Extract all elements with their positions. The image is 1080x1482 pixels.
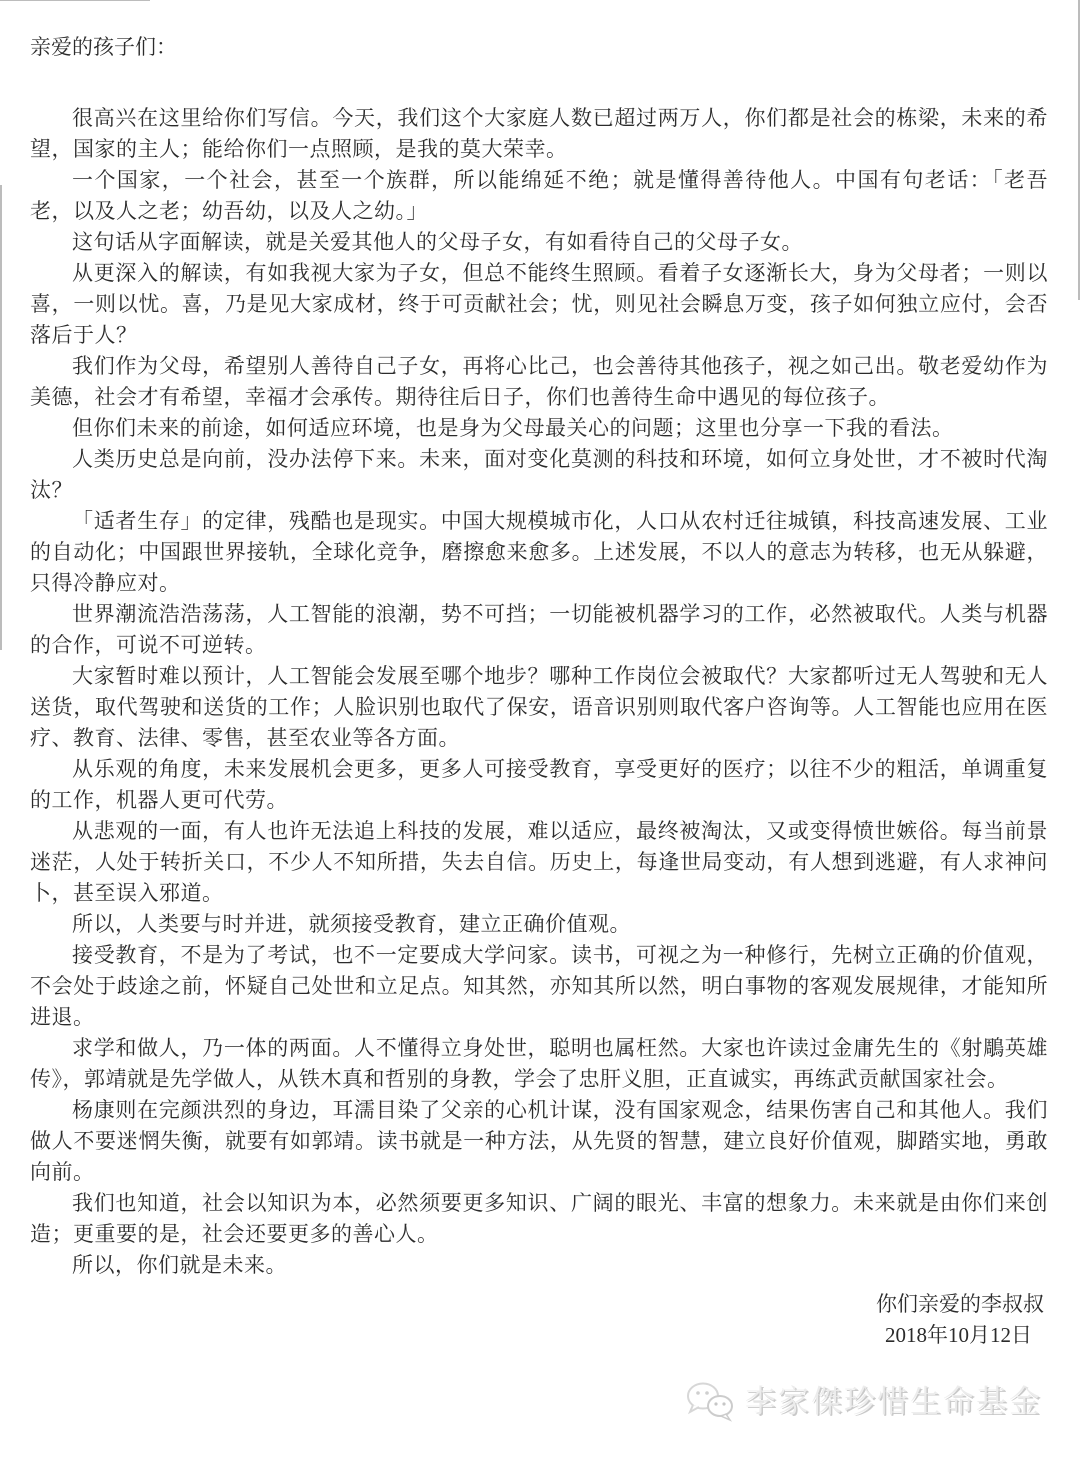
letter-paragraph: 我们作为父母，希望别人善待自己子女，再将心比己，也会善待其他孩子，视之如己出。敬… <box>30 351 1048 413</box>
letter-paragraph: 所以，你们就是未来。 <box>30 1250 1048 1281</box>
letter-paragraph: 但你们未来的前途，如何适应环境，也是身为父母最关心的问题；这里也分享一下我的看法… <box>30 413 1048 444</box>
signature-block: 你们亲爱的李叔叔 2018年10月12日 <box>30 1289 1048 1351</box>
letter-greeting: 亲爱的孩子们： <box>30 32 1048 63</box>
letter-body: 很高兴在这里给你们写信。今天，我们这个大家庭人数已超过两万人，你们都是社会的栋梁… <box>30 103 1048 1281</box>
letter-paragraph: 我们也知道，社会以知识为本，必然须要更多知识、广阔的眼光、丰富的想象力。未来就是… <box>30 1188 1048 1250</box>
watermark-text: 李家傑珍惜生命基金 <box>745 1386 1042 1417</box>
signature-name: 你们亲爱的李叔叔 <box>30 1289 1048 1320</box>
signature-date: 2018年10月12日 <box>30 1320 1048 1351</box>
letter-paragraph: 大家暂时难以预计，人工智能会发展至哪个地步？哪种工作岗位会被取代？大家都听过无人… <box>30 661 1048 754</box>
letter-paragraph: 求学和做人，乃一体的两面。人不懂得立身处世，聪明也属枉然。大家也许读过金庸先生的… <box>30 1033 1048 1095</box>
letter-paragraph: 从乐观的角度，未来发展机会更多，更多人可接受教育，享受更好的医疗；以往不少的粗活… <box>30 754 1048 816</box>
letter-paragraph: 所以，人类要与时并进，就须接受教育，建立正确价值观。 <box>30 909 1048 940</box>
letter-page: 亲爱的孩子们： 很高兴在这里给你们写信。今天，我们这个大家庭人数已超过两万人，你… <box>0 0 1080 1482</box>
letter-paragraph: 人类历史总是向前，没办法停下来。未来，面对变化莫测的科技和环境，如何立身处世，才… <box>30 444 1048 506</box>
letter-paragraph: 杨康则在完颜洪烈的身边，耳濡目染了父亲的心机计谋，没有国家观念，结果伤害自己和其… <box>30 1095 1048 1188</box>
letter-paragraph: 从悲观的一面，有人也许无法追上科技的发展，难以适应，最终被淘汰，又或变得愤世嫉俗… <box>30 816 1048 909</box>
wechat-logo-icon <box>685 1379 737 1423</box>
scan-edge-artifact <box>0 0 150 1</box>
letter-paragraph: 「适者生存」的定律，残酷也是现实。中国大规模城市化，人口从农村迁往城镇，科技高速… <box>30 506 1048 599</box>
watermark: 李家傑珍惜生命基金 <box>30 1379 1048 1423</box>
letter-paragraph: 一个国家，一个社会，甚至一个族群，所以能绵延不绝；就是懂得善待他人。中国有句老话… <box>30 165 1048 227</box>
letter-paragraph: 从更深入的解读，有如我视大家为子女，但总不能终生照顾。看着子女逐渐长大，身为父母… <box>30 258 1048 351</box>
scan-edge-artifact <box>0 185 2 650</box>
letter-paragraph: 这句话从字面解读，就是关爱其他人的父母子女，有如看待自己的父母子女。 <box>30 227 1048 258</box>
letter-paragraph: 世界潮流浩浩荡荡，人工智能的浪潮，势不可挡；一切能被机器学习的工作，必然被取代。… <box>30 599 1048 661</box>
letter-paragraph: 接受教育，不是为了考试，也不一定要成大学问家。读书，可视之为一种修行，先树立正确… <box>30 940 1048 1033</box>
letter-paragraph: 很高兴在这里给你们写信。今天，我们这个大家庭人数已超过两万人，你们都是社会的栋梁… <box>30 103 1048 165</box>
